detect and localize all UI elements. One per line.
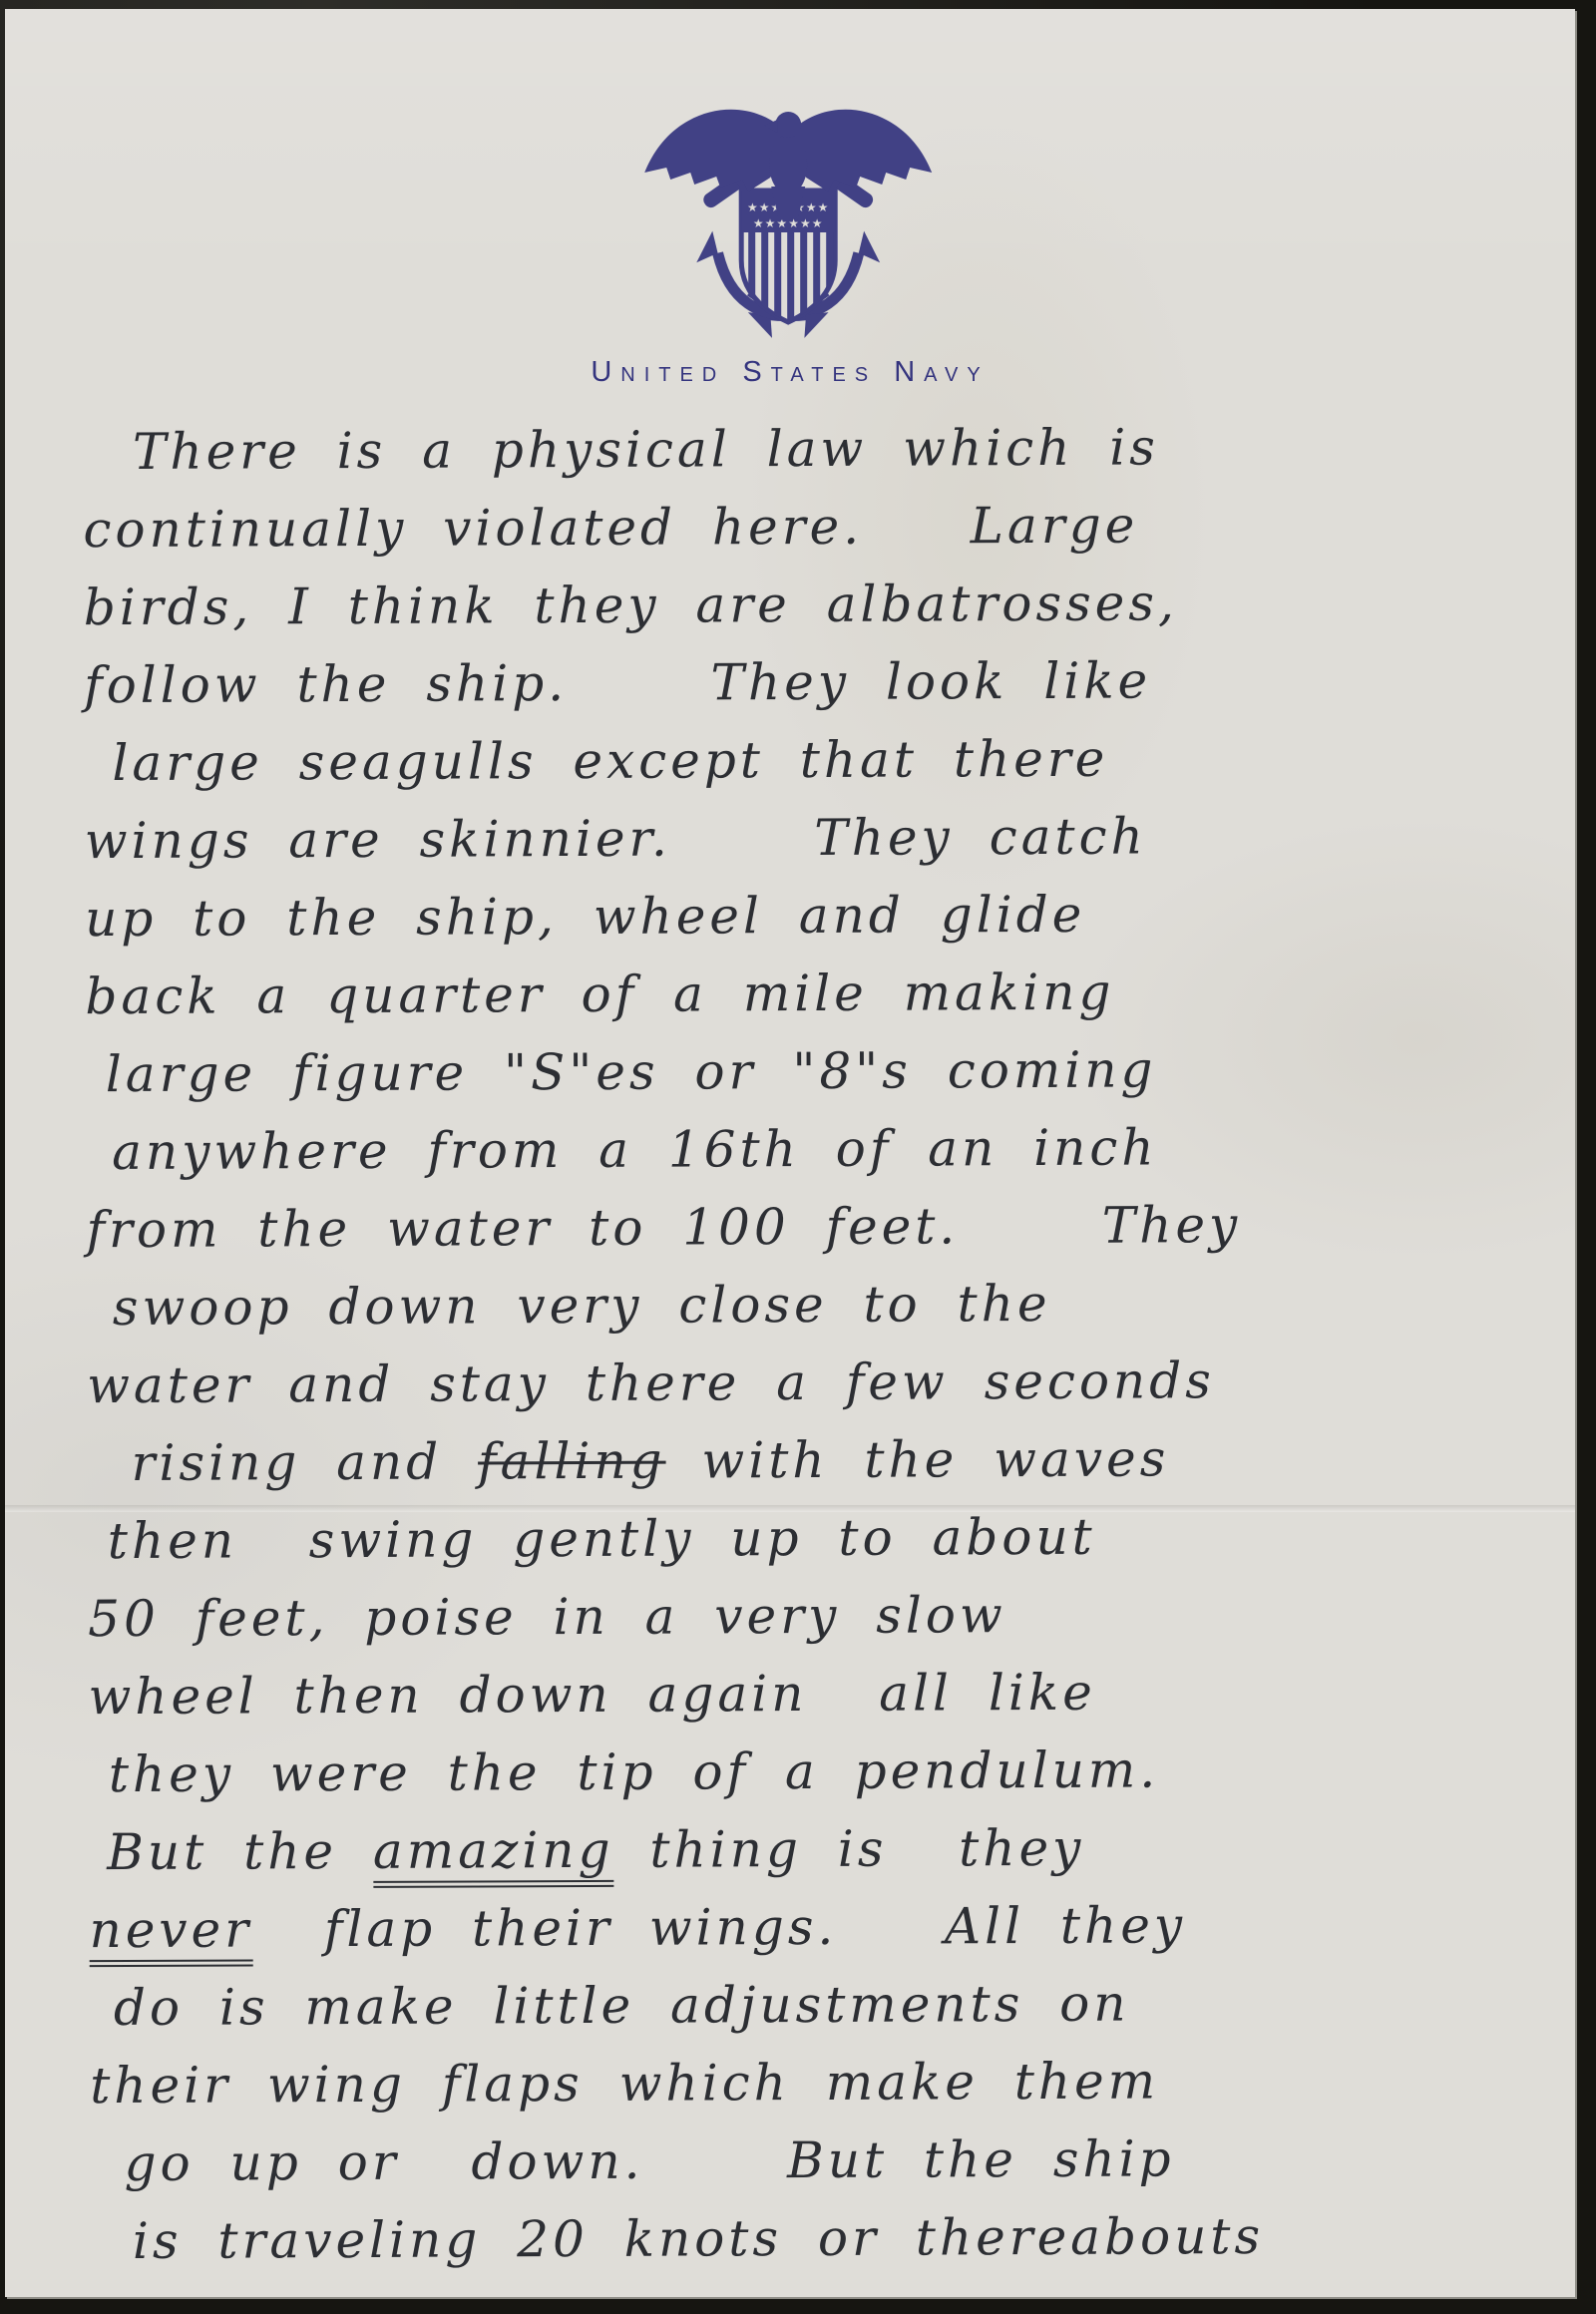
letter-line: But the amazing thing is they	[107, 1807, 1537, 1891]
letter-line: large figure "S"es or "8"s coming	[106, 1029, 1534, 1113]
letter-text: birds, I think they are albatrosses,	[84, 574, 1178, 636]
letter-line: go up or down. But the ship	[124, 2119, 1538, 2202]
letter-line: birds, I think they are albatrosses,	[84, 563, 1532, 646]
letter-text: do is make little adjustments on	[114, 1975, 1130, 2037]
letter-line: is traveling 20 knots or thereabouts	[133, 2196, 1539, 2280]
letter-line: continually violated here. Large	[83, 485, 1531, 569]
letter-text: with the waves	[665, 1429, 1169, 1489]
letterhead-title: United States Navy	[5, 356, 1575, 389]
letter-text: large figure "S"es or "8"s coming	[106, 1040, 1157, 1103]
letter-line: back a quarter of a mile making	[85, 952, 1533, 1035]
letter-line: 50 feet, poise in a very slow	[88, 1574, 1536, 1658]
navy-crest-icon: ★★★★★★★ ★★★★★★	[638, 73, 938, 354]
letter-line: anywhere from a 16th of an inch	[112, 1107, 1534, 1191]
letter-text: water and stay there a few seconds	[87, 1351, 1215, 1414]
scan-background: ★★★★★★★ ★★★★★★	[0, 0, 1596, 2314]
letter-text: back a quarter of a mile making	[85, 964, 1114, 1026]
letter-text: 50 feet, poise in a very slow	[88, 1586, 1006, 1648]
letter-text: wings are skinnier. They catch	[85, 808, 1147, 871]
letter-text: from the water to 100 feet. They	[86, 1196, 1241, 1259]
letter-word-strike: falling	[478, 1432, 666, 1491]
letter-line: up to the ship, wheel and glide	[85, 874, 1533, 958]
letter-text: their wing flaps which make them	[90, 2052, 1159, 2115]
letter-text: anywhere from a 16th of an inch	[112, 1118, 1158, 1181]
letter-line: wings are skinnier. They catch	[85, 796, 1533, 880]
letter-text: swoop down very close to the	[113, 1275, 1051, 1337]
letter-line: then swing gently up to about	[108, 1496, 1536, 1580]
letter-text: thing is they	[613, 1819, 1084, 1879]
eagle-icon	[644, 110, 932, 222]
letter-line: from the water to 100 feet. They	[86, 1185, 1534, 1269]
letter-body: There is a physical law which iscontinua…	[83, 407, 1539, 2280]
letter-text: There is a physical law which is	[133, 418, 1159, 480]
letter-text: up to the ship, wheel and glide	[85, 886, 1085, 948]
letter-line: their wing flaps which make them	[90, 2041, 1538, 2124]
letter-line: There is a physical law which is	[83, 407, 1531, 491]
letter-text: follow the ship. They look like	[84, 652, 1151, 715]
letter-text: But the	[107, 1822, 373, 1881]
letter-word-underline: amazing	[373, 1821, 614, 1888]
letter-text: then swing gently up to about	[108, 1508, 1096, 1570]
letter-text: go up or down. But the ship	[124, 2129, 1174, 2192]
letter-line: rising and falling with the waves	[131, 1418, 1535, 1502]
letter-line: wheel then down again all like	[88, 1652, 1536, 1735]
letter-text: wheel then down again all like	[88, 1664, 1095, 1726]
letter-line: they were the tip of a pendulum.	[109, 1730, 1537, 1813]
letter-text: flap their wings. All they	[252, 1896, 1186, 1958]
letter-line: water and stay there a few seconds	[87, 1341, 1535, 1424]
letter-word-underline: never	[89, 1900, 252, 1967]
letter-line: never flap their wings. All they	[89, 1885, 1537, 1969]
letter-paper: ★★★★★★★ ★★★★★★	[5, 9, 1575, 2297]
letter-text: is traveling 20 knots or thereabouts	[133, 2207, 1264, 2270]
svg-text:★★★★★★: ★★★★★★	[753, 216, 824, 230]
letter-text: continually violated here. Large	[83, 497, 1138, 560]
letterhead-emblem: ★★★★★★★ ★★★★★★	[638, 73, 938, 354]
letter-line: follow the ship. They look like	[84, 640, 1532, 724]
letter-line: swoop down very close to the	[113, 1263, 1535, 1347]
letter-text: they were the tip of a pendulum.	[109, 1740, 1160, 1803]
letter-line: large seagulls except that there	[112, 718, 1532, 802]
letter-text: large seagulls except that there	[112, 730, 1108, 792]
letter-text: rising and	[131, 1432, 478, 1492]
letter-line: do is make little adjustments on	[114, 1963, 1538, 2047]
